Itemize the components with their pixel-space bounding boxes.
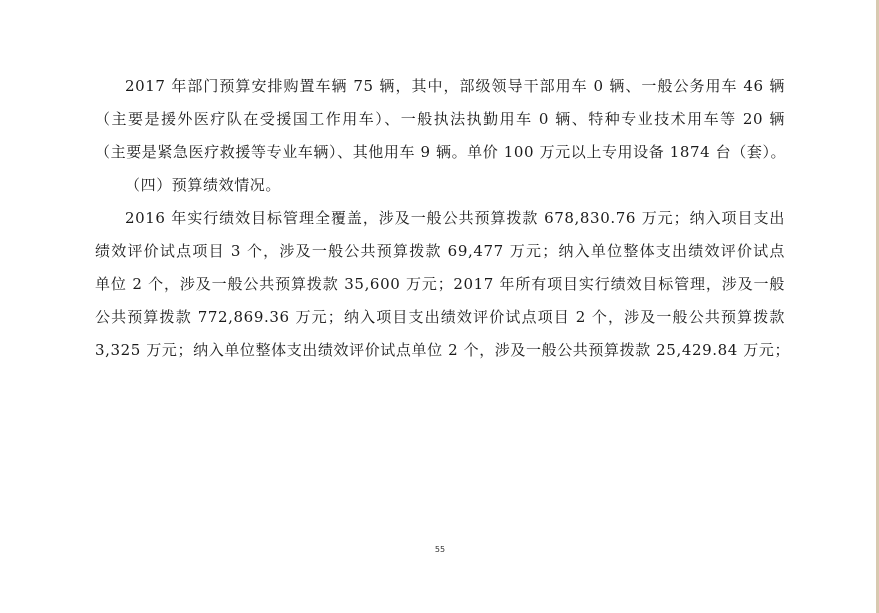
page-content: 2017 年部门预算安排购置车辆 75 辆，其中，部级领导干部用车 0 辆、一般… xyxy=(95,74,785,371)
document-page: 2017 年部门预算安排购置车辆 75 辆，其中，部级领导干部用车 0 辆、一般… xyxy=(0,0,876,613)
page-number: 55 xyxy=(430,545,450,554)
text-line: 公共预算拨款 772,869.36 万元；纳入项目支出绩效评价试点项目 2 个，… xyxy=(95,305,785,338)
paragraph-performance: 2016 年实行绩效目标管理全覆盖，涉及一般公共预算拨款 678,830.76 … xyxy=(95,206,785,371)
text-line: 2016 年实行绩效目标管理全覆盖，涉及一般公共预算拨款 678,830.76 … xyxy=(95,206,785,239)
text-line: 2017 年部门预算安排购置车辆 75 辆，其中，部级领导干部用车 0 辆、一般… xyxy=(95,74,785,107)
text-line: （主要是紧急医疗救援等专业车辆）、其他用车 9 辆。单价 100 万元以上专用设… xyxy=(95,140,785,173)
text-line: （主要是援外医疗队在受援国工作用车）、一般执法执勤用车 0 辆、特种专业技术用车… xyxy=(95,107,785,140)
text-line: 单位 2 个，涉及一般公共预算拨款 35,600 万元；2017 年所有项目实行… xyxy=(95,272,785,305)
text-line: 绩效评价试点项目 3 个，涉及一般公共预算拨款 69,477 万元；纳入单位整体… xyxy=(95,239,785,272)
text-line: 3,325 万元；纳入单位整体支出绩效评价试点单位 2 个，涉及一般公共预算拨款… xyxy=(95,338,785,371)
heading-line: （四）预算绩效情况。 xyxy=(95,173,785,206)
section-heading: （四）预算绩效情况。 xyxy=(95,173,785,206)
paragraph-vehicle-purchase: 2017 年部门预算安排购置车辆 75 辆，其中，部级领导干部用车 0 辆、一般… xyxy=(95,74,785,173)
